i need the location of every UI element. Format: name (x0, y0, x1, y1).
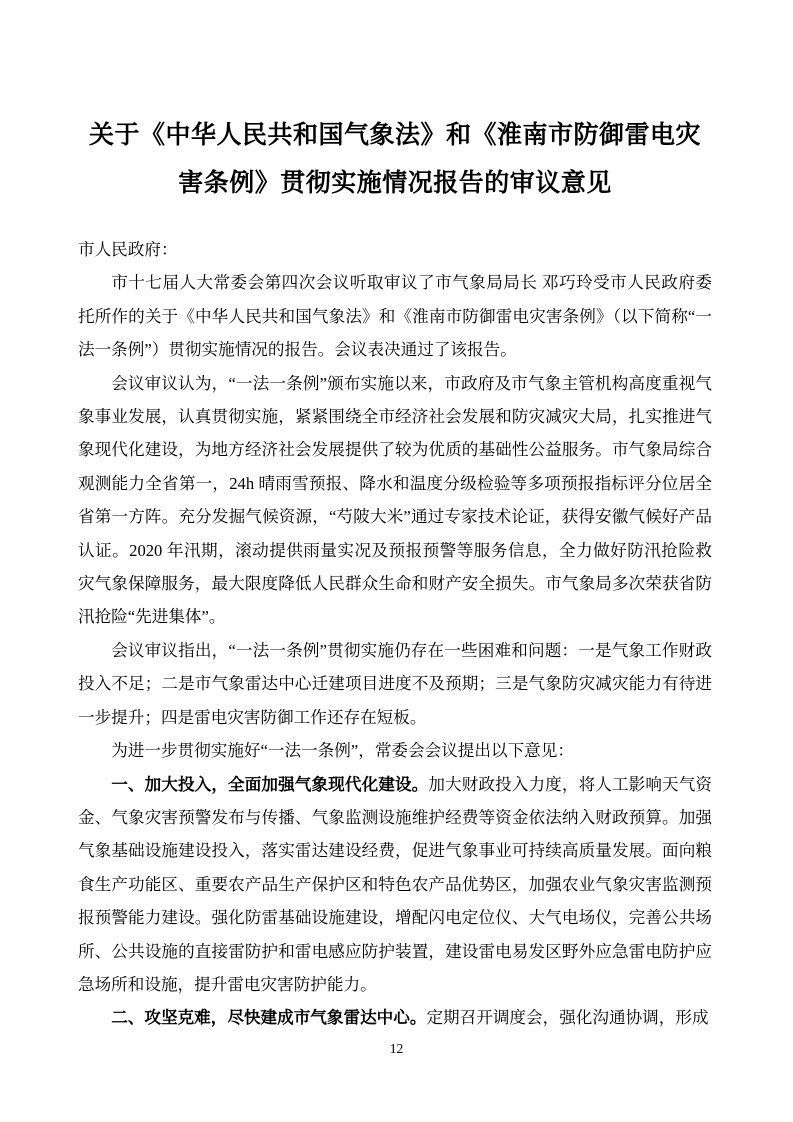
paragraph-text: 会议审议指出，“一法一条例”贯彻实施仍存在一些困难和问题：一是气象工作财政投入不… (78, 641, 712, 727)
paragraph-text: 加大财政投入力度，将人工影响天气资金、气象灾害预警发布与传播、气象监测设施维护经… (78, 775, 712, 994)
document-title: 关于《中华人民共和国气象法》和《淮南市防御雷电灾害条例》贯彻实施情况报告的审议意… (78, 0, 712, 208)
paragraph-problems-identified: 会议审议指出，“一法一条例”贯彻实施仍存在一些困难和问题：一是气象工作财政投入不… (78, 634, 712, 734)
document-page: 关于《中华人民共和国气象法》和《淮南市防御雷电灾害条例》贯彻实施情况报告的审议意… (0, 0, 793, 1122)
paragraph-opinion-2-radar-center: 二、攻坚克难，尽快建成市气象雷达中心。定期召开调度会，强化沟通协调，形成 (78, 1001, 712, 1034)
document-content: 关于《中华人民共和国气象法》和《淮南市防御雷电灾害条例》贯彻实施情况报告的审议意… (78, 0, 712, 1035)
document-body: 市人民政府： 市十七届人大常委会第四次会议听取审议了市气象局局长 邓巧玲受市人民… (78, 233, 712, 1035)
paragraph-lead-bold: 二、攻坚克难，尽快建成市气象雷达中心。 (111, 1008, 426, 1027)
paragraph-text: 会议审议认为，“一法一条例”颁布实施以来，市政府及市气象主管机构高度重视气象事业… (78, 374, 712, 627)
page-footer: 12 (0, 1040, 793, 1058)
paragraph-text: 市十七届人大常委会第四次会议听取审议了市气象局局长 邓巧玲受市人民政府委托所作的… (78, 273, 712, 359)
paragraph-lead-bold: 一、加大投入，全面加强气象现代化建设。 (111, 775, 428, 794)
paragraph-report-heard: 市十七届人大常委会第四次会议听取审议了市气象局局长 邓巧玲受市人民政府委托所作的… (78, 266, 712, 366)
paragraph-text: 定期召开调度会，强化沟通协调，形成 (426, 1008, 708, 1027)
page-number: 12 (390, 1041, 404, 1056)
paragraph-opinions-intro: 为进一步贯彻实施好“一法一条例”，常委会会议提出以下意见： (78, 734, 712, 767)
paragraph-text: 为进一步贯彻实施好“一法一条例”，常委会会议提出以下意见： (111, 741, 574, 760)
salutation: 市人民政府： (78, 233, 712, 266)
paragraph-opinion-1-investment: 一、加大投入，全面加强气象现代化建设。加大财政投入力度，将人工影响天气资金、气象… (78, 768, 712, 1002)
paragraph-review-affirmation: 会议审议认为，“一法一条例”颁布实施以来，市政府及市气象主管机构高度重视气象事业… (78, 367, 712, 634)
